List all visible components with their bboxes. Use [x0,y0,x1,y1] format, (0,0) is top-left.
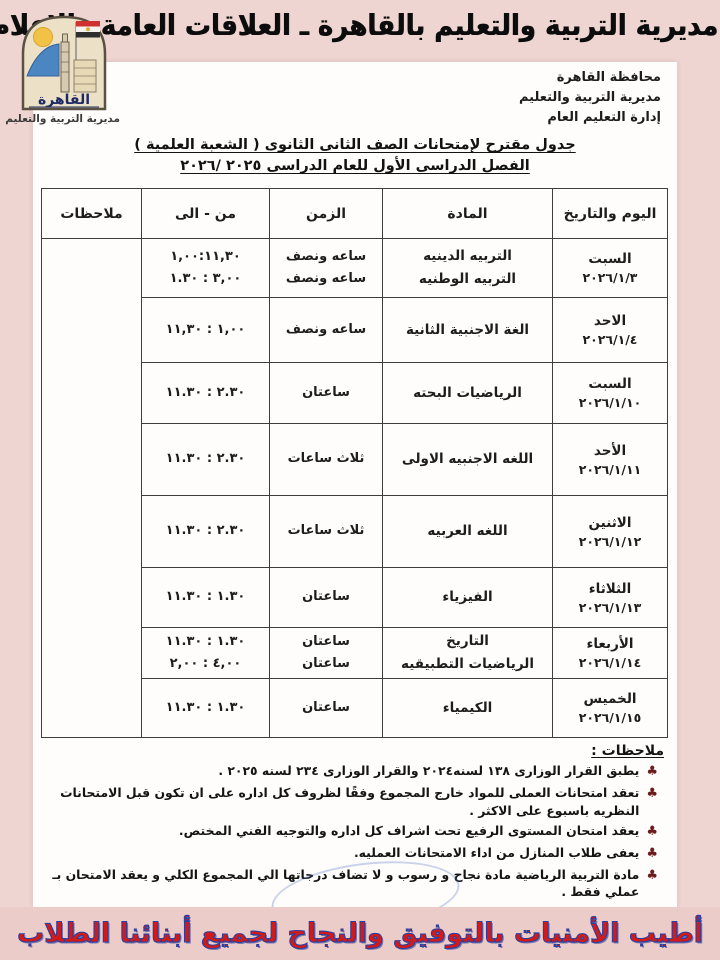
notes-heading-text: ملاحظات : [591,743,664,759]
date-label: ٢٠٢٦/١/١٣ [555,600,665,615]
time-cell: ٢.٣٠ : ١١.٣٠ [142,424,270,496]
duration-cell: ثلاث ساعات [270,496,383,568]
day-label: الأحد [555,443,665,459]
note-bullet-icon: ♣ [646,763,658,782]
day-label: الاثنين [555,515,665,531]
col-header-subject: المادة [383,189,553,239]
day-date-cell: السبت ٢٠٢٦/١/٣ [553,239,668,298]
note-bullet-icon: ♣ [646,823,658,842]
col-header-day: اليوم والتاريخ [553,189,668,239]
note-text: يعفى طلاب المنازل من اداء الامتحانات الع… [41,844,639,862]
duration-cell: ساعتان [270,679,383,738]
date-label: ٢٠٢٦/١/١٥ [555,710,665,725]
subject-cell: اللغه الاجنبيه الاولى [383,424,553,496]
time-cell: ١.٣٠ : ١١.٣٠ [142,679,270,738]
day-date-cell: الأربعاء ٢٠٢٦/١/١٤ [553,628,668,679]
day-label: الاحد [555,313,665,329]
document-title: جدول مقترح لإمتحانات الصف الثانى الثانوى… [33,137,677,174]
col-header-from-to: من - الى [142,189,270,239]
day-label: السبت [555,376,665,392]
subject-cell: اللغه العربيه [383,496,553,568]
date-label: ٢٠٢٦/١/١٢ [555,534,665,549]
duration-cell: ساعتان ساعتان [270,628,383,679]
day-date-cell: الاثنين ٢٠٢٦/١/١٢ [553,496,668,568]
exam-schedule-table: اليوم والتاريخ المادة الزمن من - الى ملا… [41,188,668,738]
date-label: ٢٠٢٦/١/١٠ [555,395,665,410]
buildings-icon [74,60,96,92]
day-label: الأربعاء [555,636,665,652]
sun-icon [34,28,53,47]
day-label: السبت [555,251,665,267]
subject-label-2: التربيه الوطنيه [385,268,550,291]
time-cell: ١.٣٠ : ١١.٣٠ ٤,٠٠ : ٢,٠٠ [142,628,270,679]
day-date-cell: السبت ٢٠٢٦/١/١٠ [553,363,668,424]
duration-cell: ساعتان [270,363,383,424]
logo-caption: مديرية التربية والتعليم [8,113,120,125]
title-line-2: الفصل الدراسى الأول للعام الدراسى ٢٠٢٥ /… [33,158,677,174]
egypt-flag-icon [76,21,100,38]
notes-heading: ملاحظات : [41,743,664,759]
subject-cell: الغة الاجنبية الثانية [383,298,553,363]
duration-label-2: ساعه ونصف [272,268,380,290]
letterhead-administration: إدارة التعليم العام [33,108,661,128]
time-label: ١,٠٠ : ١١,٣٠ [144,319,267,341]
duration-cell: ثلاث ساعات [270,424,383,496]
date-label: ٢٠٢٦/١/١١ [555,462,665,477]
note-bullet-icon: ♣ [646,785,658,804]
time-cell: ١.٣٠ : ١١.٣٠ [142,568,270,628]
subject-label: التاريخ [385,630,550,653]
date-label: ٢٠٢٦/١/٤ [555,332,665,347]
banner-title: مديرية التربية والتعليم بالقاهرة ـ العلا… [108,9,718,43]
document-sheet: محافظة القاهرة مديرية التربية والتعليم إ… [33,62,677,907]
cairo-tower-icon [61,34,69,92]
time-cell: ٢.٣٠ : ١١.٣٠ [142,496,270,568]
duration-cell: ساعه ونصف ساعه ونصف [270,239,383,298]
note-bullet-icon: ♣ [646,867,658,886]
date-label: ٢٠٢٦/١/٣ [555,270,665,285]
time-label: ٢.٣٠ : ١١.٣٠ [144,382,267,404]
header-row: اليوم والتاريخ المادة الزمن من - الى ملا… [42,189,668,239]
subject-label: الفيزياء [385,586,550,609]
subject-cell: الفيزياء [383,568,553,628]
time-label-2: ٣,٠٠ : ١.٣٠ [144,268,267,290]
subject-label-2: الرياضيات التطبيقيه [385,653,550,676]
note-item: ♣ يعفى طلاب المنازل من اداء الامتحانات ا… [41,844,658,864]
cairo-education-logo: القاهرة مديرية التربية والتعليم [8,12,120,125]
logo-arch-emblem: القاهرة [18,12,110,112]
note-item: ♣ تعقد امتحانات العملى للمواد خارج المجم… [41,784,658,820]
duration-label: ساعتان [272,697,380,719]
day-label: الثلاثاء [555,581,665,597]
notes-column-empty [42,239,142,738]
logo-city-name: القاهرة [38,92,90,108]
subject-label: اللغه الاجنبيه الاولى [385,448,550,471]
subject-label: الكيمياء [385,697,550,720]
col-header-duration: الزمن [270,189,383,239]
col-header-notes: ملاحظات [42,189,142,239]
day-date-cell: الثلاثاء ٢٠٢٦/١/١٣ [553,568,668,628]
time-label-2: ٤,٠٠ : ٢,٠٠ [144,653,267,675]
note-item: ♣ يعقد امتحان المستوى الرفيع تحت اشراف ك… [41,822,658,842]
duration-label-2: ساعتان [272,653,380,675]
footer-wish-text: أطيب الأمنيات بالتوفيق والنجاح لجميع أبن… [17,918,703,949]
subject-cell: الرياضيات البحته [383,363,553,424]
subject-label: الرياضيات البحته [385,382,550,405]
duration-label: ثلاث ساعات [272,520,380,542]
time-label: ١.٣٠ : ١١.٣٠ [144,631,267,653]
duration-cell: ساعه ونصف [270,298,383,363]
subject-cell: التاريخ الرياضيات التطبيقيه [383,628,553,679]
note-item: ♣ يطبق القرار الوزارى ١٣٨ لسنه٢٠٢٤ والقر… [41,762,658,782]
letterhead: محافظة القاهرة مديرية التربية والتعليم إ… [33,62,677,128]
time-label: ١,٠٠:١١,٣٠ [144,246,267,268]
duration-label: ساعه ونصف [272,246,380,268]
time-cell: ١,٠٠:١١,٣٠ ٣,٠٠ : ١.٣٠ [142,239,270,298]
letterhead-directorate: مديرية التربية والتعليم [33,88,661,108]
duration-label: ثلاث ساعات [272,448,380,470]
title-line-1: جدول مقترح لإمتحانات الصف الثانى الثانوى… [33,137,677,153]
letterhead-governorate: محافظة القاهرة [33,68,661,88]
day-date-cell: الخميس ٢٠٢٦/١/١٥ [553,679,668,738]
time-label: ١.٣٠ : ١١.٣٠ [144,586,267,608]
duration-cell: ساعتان [270,568,383,628]
note-text: يعقد امتحان المستوى الرفيع تحت اشراف كل … [41,822,639,840]
note-text: يطبق القرار الوزارى ١٣٨ لسنه٢٠٢٤ والقرار… [41,762,639,780]
duration-label: ساعتان [272,586,380,608]
subject-label: الغة الاجنبية الثانية [385,319,550,342]
time-cell: ٢.٣٠ : ١١.٣٠ [142,363,270,424]
title-line-2-text: الفصل الدراسى الأول للعام الدراسى ٢٠٢٥ /… [180,158,530,174]
footer-banner: أطيب الأمنيات بالتوفيق والنجاح لجميع أبن… [0,907,720,960]
time-label: ٢.٣٠ : ١١.٣٠ [144,520,267,542]
note-text: تعقد امتحانات العملى للمواد خارج المجموع… [41,784,639,820]
duration-label: ساعتان [272,382,380,404]
duration-label: ساعتان [272,631,380,653]
day-label: الخميس [555,691,665,707]
duration-label: ساعه ونصف [272,319,380,341]
day-date-cell: الأحد ٢٠٢٦/١/١١ [553,424,668,496]
subject-cell: التربيه الدينيه التربيه الوطنيه [383,239,553,298]
date-label: ٢٠٢٦/١/١٤ [555,655,665,670]
time-label: ١.٣٠ : ١١.٣٠ [144,697,267,719]
subject-label: التربيه الدينيه [385,245,550,268]
note-bullet-icon: ♣ [646,845,658,864]
table-row: السبت ٢٠٢٦/١/٣ التربيه الدينيه التربيه ا… [42,239,668,298]
subject-label: اللغه العربيه [385,520,550,543]
time-label: ٢.٣٠ : ١١.٣٠ [144,448,267,470]
title-line-1-text: جدول مقترح لإمتحانات الصف الثانى الثانوى… [134,137,575,153]
time-cell: ١,٠٠ : ١١,٣٠ [142,298,270,363]
subject-cell: الكيمياء [383,679,553,738]
day-date-cell: الاحد ٢٠٢٦/١/٤ [553,298,668,363]
